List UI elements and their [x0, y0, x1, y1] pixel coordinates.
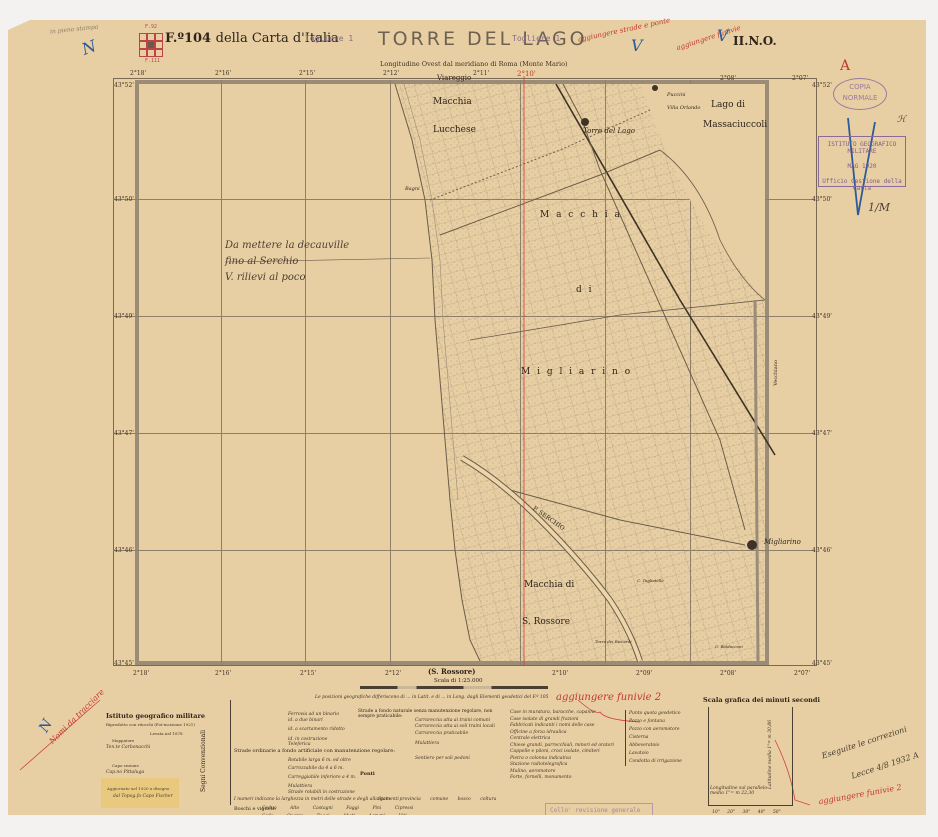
legend-item: Cisterna [629, 734, 699, 742]
legend-item: Pozzo e fontana [629, 718, 699, 726]
index-label-bottom: F.111 [145, 58, 160, 64]
legend-item: Alto [290, 806, 299, 811]
imprint-chief-title: Capo sezione [112, 763, 139, 768]
scale-bar [360, 686, 548, 689]
stamp-text: ISTITUTO GEOGRAFICO MILITARE [819, 137, 905, 159]
stamp-text: MAG 1920 [819, 159, 905, 174]
legend-limits-row: Stato provincia comune bosco coltura [378, 797, 496, 802]
stamp-togliere-left: Togliere 1 [305, 34, 353, 43]
longitude-tick-bottom: 2°08' [720, 670, 736, 677]
place-label: Migliarino [764, 538, 801, 546]
legend-item: Carreggiabile inferiore a 4 m. [288, 775, 356, 780]
place-label: S. Rossore [522, 617, 570, 627]
handwritten-initials: ℋ [897, 112, 906, 128]
legend-item: Condotta di irrigazione [629, 758, 699, 766]
longitude-tick-bottom: 2°15' [300, 670, 316, 677]
paper-edge [8, 815, 926, 837]
stamp-text: Ufficio Gestione della Carta [819, 174, 905, 196]
place-label: Torre dei Riccardi [595, 639, 632, 644]
imprint-survey: Levata nel 1878 [150, 731, 183, 736]
place-label: Bagni [405, 186, 420, 192]
scale-graphic-title: Scala grafica dei minuti secondi [703, 696, 820, 704]
update-label-author: dal Topog.fo Capo Fischer [113, 794, 173, 799]
handwritten-note-line: fino al Serchio [225, 254, 349, 270]
scale-label: Scala di 1:25.000 [434, 678, 483, 684]
latitude-tick-right: 43°49' [812, 313, 832, 320]
legend-item: id. a scartamento ridotto [288, 727, 345, 732]
legend-note: I numeri indicano la larghezza in metri … [234, 797, 399, 802]
place-label: Massaciuccoli [703, 120, 767, 130]
longitude-tick-bottom: 2°16' [215, 670, 231, 677]
legend-heading: Ponti [360, 771, 375, 777]
imprint-chief: Cap.no Pittaluga [106, 770, 144, 775]
legend-item: Teleferica [288, 742, 311, 747]
latitude-tick-left: 43°47' [114, 430, 134, 437]
handwritten-red-legend-note: aggiungere funivie 2 [556, 692, 661, 703]
place-label: Lucchese [433, 125, 476, 135]
legend-item: Carrozzabile da 4 a 6 m. [288, 766, 344, 771]
legend-item: Punto quota geodetico [629, 710, 699, 718]
map-neat-line [135, 80, 769, 665]
latitude-tick-right: 43°52' [812, 82, 832, 89]
longitude-tick-bottom: 2°07' [794, 670, 810, 677]
legend-title: Segni Convenzionali [200, 730, 207, 792]
longitude-tick-bottom: 2°18' [133, 670, 149, 677]
longitude-tick-top: 2°12' [383, 70, 399, 77]
scale-lat-label: Latitudine media 1"= m 30,86 [768, 720, 773, 789]
legend-item: Faggi [346, 806, 359, 811]
longitude-tick-bottom: 2°10' [552, 670, 568, 677]
legend-item: Lavatoio [629, 750, 699, 758]
legend-item: comune [430, 797, 448, 802]
handwritten-initials: 1/M [868, 200, 890, 216]
index-label-top: F.92 [145, 24, 157, 30]
legend-item: bosco [458, 797, 471, 802]
latitude-tick-left: 43°49' [114, 313, 134, 320]
legend-item: Mulattiera [415, 741, 439, 746]
latitude-tick-left: 43°45' [114, 660, 134, 667]
latitude-tick-left: 43°46' [114, 547, 134, 554]
longitude-tick-top: 2°08' [720, 75, 736, 82]
handwritten-note-line: Da mettere la decauville [225, 238, 349, 254]
legend-item: Stato [378, 797, 390, 802]
place-label: Villa Orlando [667, 105, 700, 111]
place-label: Vecchiano [773, 360, 779, 386]
latitude-tick-right: 43°45' [812, 660, 832, 667]
legend-heading: Strade ordinarie a fondo artificiale con… [234, 748, 395, 754]
quadrant-label: II.N.O. [733, 34, 777, 48]
longitude-tick-top: 2°15' [299, 70, 315, 77]
red-meridian-label: 2°10' [517, 70, 536, 78]
legend-item: coltura [480, 797, 496, 802]
sheet-number: F.º104 [165, 31, 211, 46]
legend-symbols: Case in muratura, baracche, capanne Case… [510, 710, 625, 782]
scale-lon-label: Longitudine sul parallelo medio 1"= m 22… [710, 786, 770, 796]
legend-item: id. a due binari [288, 718, 323, 723]
handwritten-note: Da mettere la decauville fino al Serchio… [225, 238, 349, 286]
longitude-tick-top: 2°11' [473, 70, 489, 77]
place-label: Torre del Lago [583, 127, 635, 135]
latitude-tick-right: 43°50' [812, 196, 832, 203]
red-a-mark-icon: A [840, 58, 850, 74]
blue-check-mark-icon: V [631, 36, 643, 55]
handwritten-note-line: V. rilievi al poco [225, 270, 349, 286]
blue-check-mark-icon: V [717, 26, 729, 45]
longitude-note: Longitudine Ovest dal meridiano di Roma … [380, 60, 568, 68]
stamp-igm: ISTITUTO GEOGRAFICO MILITARE MAG 1920 Uf… [818, 136, 906, 187]
adjacent-sheet-label: (S. Rossore) [428, 667, 475, 676]
stamp-togliere-right: Togliere 1 [512, 34, 560, 43]
legend-item: Pozzo con aeromotore [629, 726, 699, 734]
legend-item: Carrareccia praticabile [415, 731, 468, 736]
legend-item: Cipressi [395, 806, 414, 811]
stamp-text: NORMALE [834, 93, 886, 104]
place-label: M a c c h i a [540, 210, 622, 220]
longitude-tick-top: 2°07' [792, 75, 808, 82]
latitude-tick-right: 43°47' [812, 430, 832, 437]
place-label: Lago di [711, 100, 745, 110]
place-label: M i g l i a r i n o [521, 367, 632, 377]
longitude-tick-top: 2°18' [130, 70, 146, 77]
place-label: Macchia di [524, 580, 574, 590]
legend-item: Ceduo [262, 806, 277, 811]
update-label-text: Aggiornato nel 1920 a disegno [107, 786, 169, 791]
legend-item: Mulattiera [288, 784, 312, 789]
legend-item: Castagni [313, 806, 333, 811]
longitude-tick-top: 2°16' [215, 70, 231, 77]
imprint-institute: Istituto geografico militare [106, 712, 205, 720]
stamp-copia-normale: COPIA NORMALE [833, 78, 887, 110]
place-label: Viareggio [437, 74, 471, 82]
legend-item: Ferrovia ad un binario [288, 712, 339, 717]
legend-item: Carrareccia atta ai soli traini locali [415, 724, 495, 729]
place-label: d i [576, 285, 594, 295]
place-label: C. Tagliatelle [637, 578, 664, 583]
legend-item: Carrareccia atta ai traini comuni [415, 718, 490, 723]
legend-item: Pini [372, 806, 381, 811]
place-label: C. Baldacconi [715, 644, 743, 649]
latitude-tick-left: 43°50' [114, 196, 134, 203]
legend-item: Abbeveratoio [629, 742, 699, 750]
stamp-text: COPIA [834, 82, 886, 93]
imprint-surveyor-title: Mappatore [112, 738, 134, 743]
update-label: Aggiornato nel 1920 a disegno dal Topog.… [101, 778, 179, 808]
legend-item: Strade rotabili in costruzione [288, 790, 355, 795]
legend-right-symbols: Punto quota geodetico Pozzo e fontana Po… [625, 710, 699, 766]
latitude-tick-left: 43°52' [114, 82, 134, 89]
sheet-index-grid [139, 33, 163, 57]
imprint-surveyor: Ten.te Carbonacchi [106, 745, 150, 750]
legend-item: provincia [400, 797, 421, 802]
legend-item: Sentiero per soli pedoni [415, 756, 470, 761]
latitude-tick-right: 43°46' [812, 547, 832, 554]
longitude-tick-bottom: 2°09' [636, 670, 652, 677]
place-label: Macchia [433, 97, 472, 107]
legend-item: Forte, fornelli, monumento [510, 775, 625, 782]
legend-woods-row: Ceduo Alto Castagni Faggi Pini Cipressi [262, 806, 413, 811]
longitude-tick-bottom: 2°12' [385, 670, 401, 677]
place-label: Puccini [667, 92, 686, 98]
legend-item: Rotabile larga 6 m. ed oltre [288, 758, 351, 763]
imprint-reproduction: Riprodotto con ritocchi (Fot-incisione 1… [106, 722, 195, 727]
